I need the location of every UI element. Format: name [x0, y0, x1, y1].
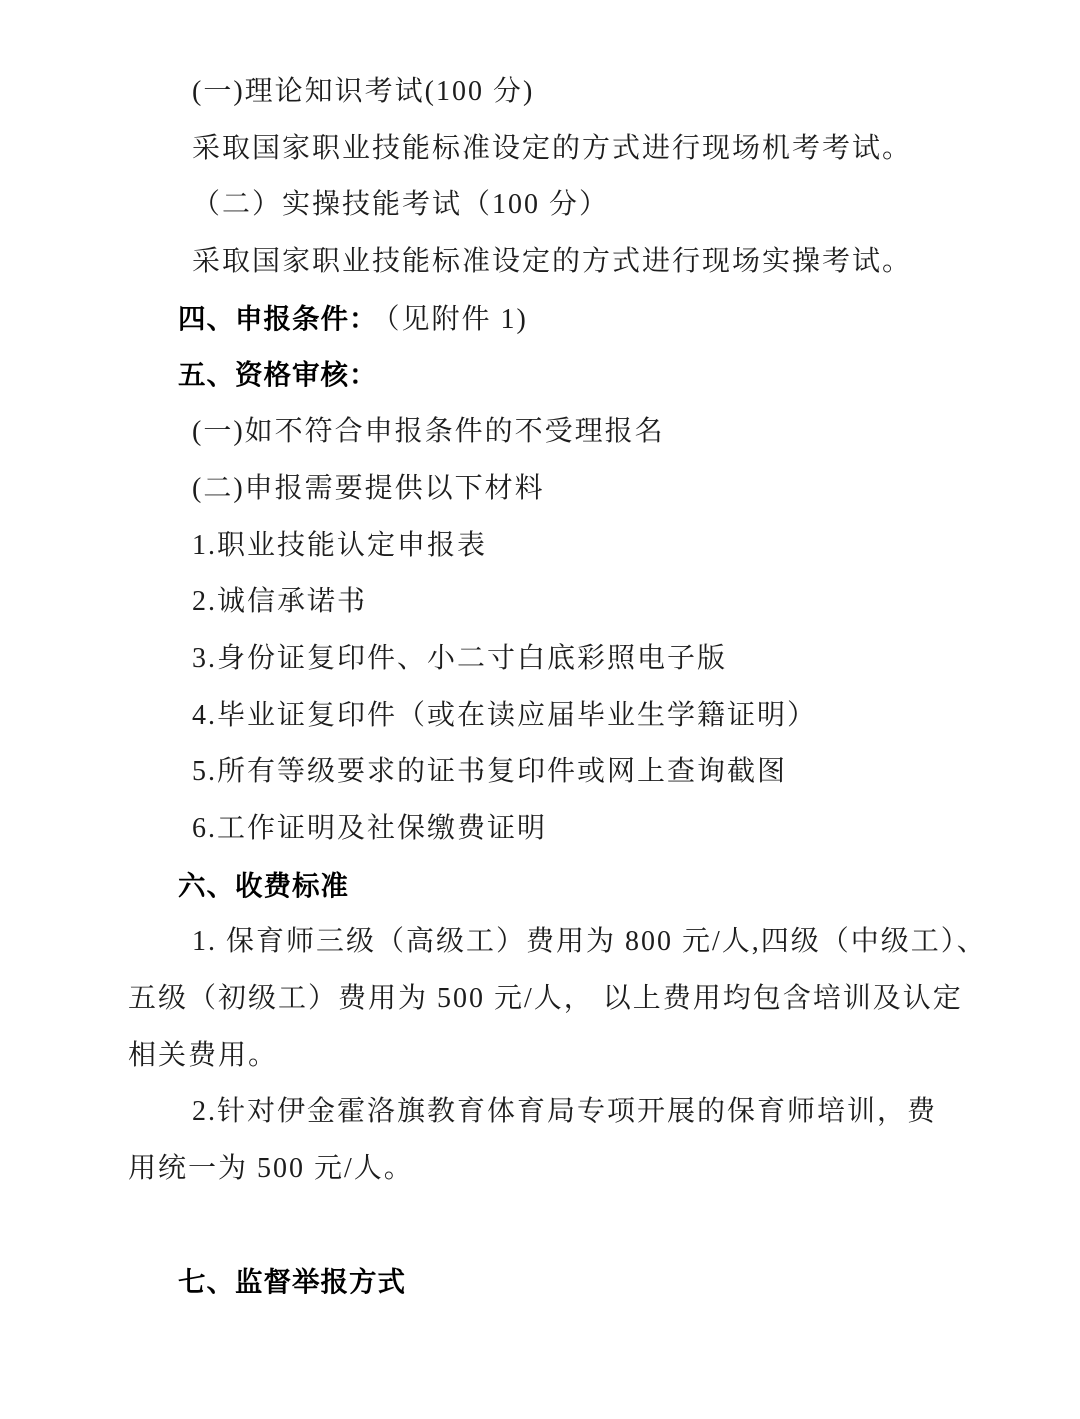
- paragraph-practical-exam-method: 采取国家职业技能标准设定的方式进行现场实操考试。: [128, 234, 1000, 291]
- list-item-diploma-copy: 4.毕业证复印件（或在读应届毕业生学籍证明）: [128, 688, 1000, 745]
- paragraph-fee-line-1: 1. 保育师三级（高级工）费用为 800 元/人,四级（中级工）、: [128, 914, 1000, 971]
- paragraph-special-training-fee-line-2: 用统一为 500 元/人。: [128, 1141, 1000, 1198]
- subsection-rejection-rule: (一)如不符合申报条件的不受理报名: [128, 404, 1000, 461]
- paragraph-theory-exam-method: 采取国家职业技能标准设定的方式进行现场机考考试。: [128, 121, 1000, 178]
- list-item-work-proof: 6.工作证明及社保缴费证明: [128, 801, 1000, 858]
- paragraph-fee-line-3: 相关费用。: [128, 1028, 1000, 1085]
- list-item-id-photo: 3.身份证复印件、小二寸白底彩照电子版: [128, 631, 1000, 688]
- paragraph-special-training-fee-line-1: 2.针对伊金霍洛旗教育体育局专项开展的保育师培训，费: [128, 1084, 1000, 1141]
- section-heading-label: 四、申报条件：: [178, 303, 378, 334]
- section-heading-application-conditions: 四、申报条件：（见附件 1): [128, 291, 1000, 348]
- paragraph-fee-line-2: 五级（初级工）费用为 500 元/人， 以上费用均包含培训及认定: [128, 971, 1000, 1028]
- subsection-theory-exam: (一)理论知识考试(100 分): [128, 64, 1000, 121]
- section-heading-supervision-report: 七、监督举报方式: [128, 1254, 1000, 1311]
- section-heading-attachment-note: （见附件 1): [386, 304, 528, 335]
- list-item-certificate-copy: 5.所有等级要求的证书复印件或网上查询截图: [128, 744, 1000, 801]
- blank-line: [128, 1198, 1000, 1255]
- subsection-required-materials: (二)申报需要提供以下材料: [128, 461, 1000, 518]
- section-heading-qualification-review: 五、资格审核：: [128, 347, 1000, 404]
- document-content: (一)理论知识考试(100 分) 采取国家职业技能标准设定的方式进行现场机考考试…: [128, 64, 1000, 1311]
- document-page: (一)理论知识考试(100 分) 采取国家职业技能标准设定的方式进行现场机考考试…: [0, 0, 1080, 1419]
- list-item-application-form: 1.职业技能认定申报表: [128, 518, 1000, 575]
- subsection-practical-exam: （二）实操技能考试（100 分）: [128, 177, 1000, 234]
- section-heading-fee-standard: 六、收费标准: [128, 858, 1000, 915]
- list-item-integrity-letter: 2.诚信承诺书: [128, 574, 1000, 631]
